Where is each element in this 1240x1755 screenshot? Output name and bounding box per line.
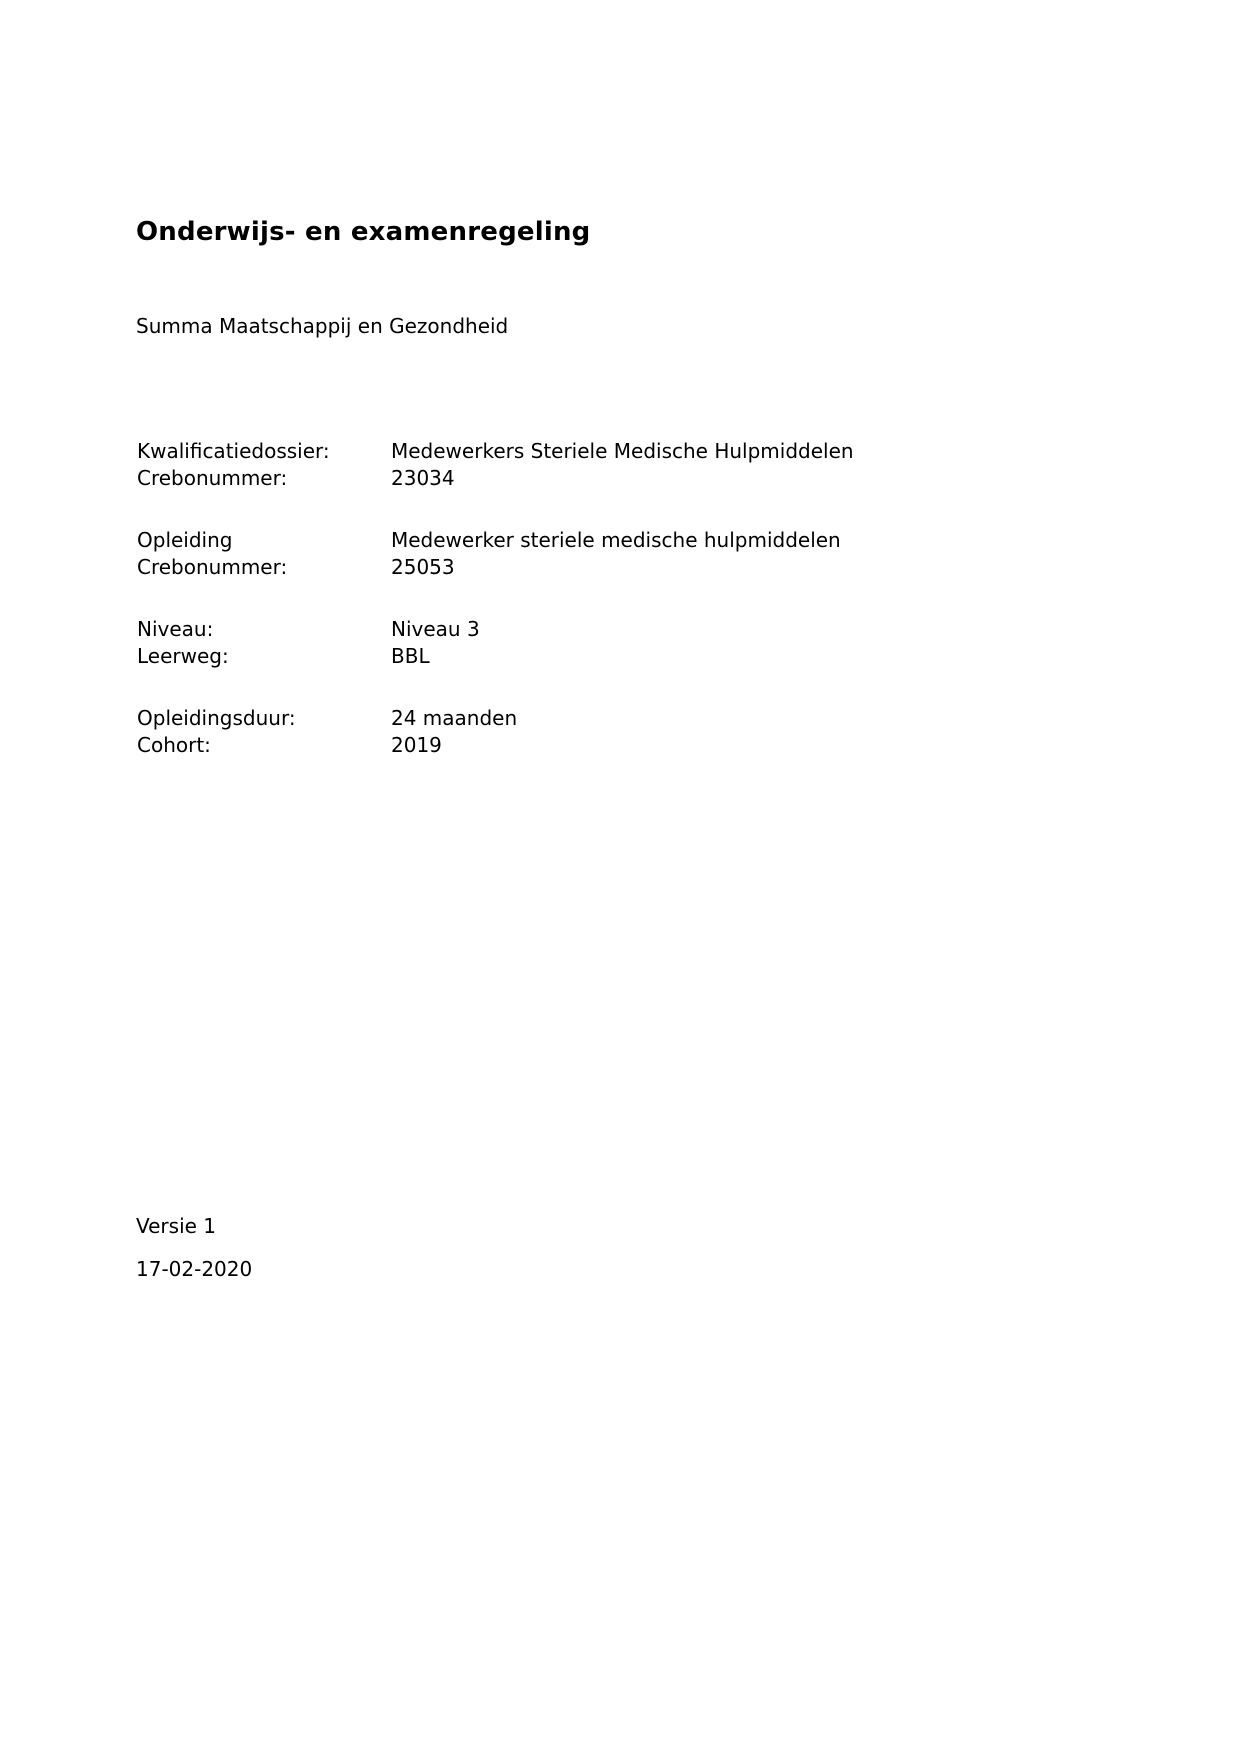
info-row-kwalificatiedossier: Kwalificatiedossier: Medewerkers Steriel… <box>137 438 937 465</box>
document-title: Onderwijs- en examenregeling <box>136 217 590 247</box>
info-row-crebonummer-dossier: Crebonummer: 23034 <box>137 465 937 492</box>
info-label: Opleidingsduur: <box>137 705 391 732</box>
info-value: 2019 <box>391 732 937 759</box>
education-program-group: Opleiding Medewerker steriele medische h… <box>137 527 937 581</box>
info-label: Crebonummer: <box>137 465 391 492</box>
info-row-opleiding: Opleiding Medewerker steriele medische h… <box>137 527 937 554</box>
info-label: Niveau: <box>137 616 391 643</box>
info-label: Opleiding <box>137 527 391 554</box>
info-value: 23034 <box>391 465 937 492</box>
info-value: 25053 <box>391 554 937 581</box>
info-value: Medewerker steriele medische hulpmiddele… <box>391 527 937 554</box>
info-value: 24 maanden <box>391 705 937 732</box>
info-label: Crebonummer: <box>137 554 391 581</box>
duration-cohort-group: Opleidingsduur: 24 maanden Cohort: 2019 <box>137 705 937 759</box>
document-version: Versie 1 <box>136 1214 216 1238</box>
level-learning-path-group: Niveau: Niveau 3 Leerweg: BBL <box>137 616 937 670</box>
info-value: BBL <box>391 643 937 670</box>
info-row-niveau: Niveau: Niveau 3 <box>137 616 937 643</box>
organization-name: Summa Maatschappij en Gezondheid <box>136 314 508 338</box>
info-row-opleidingsduur: Opleidingsduur: 24 maanden <box>137 705 937 732</box>
info-value: Medewerkers Steriele Medische Hulpmiddel… <box>391 438 937 465</box>
info-row-crebonummer-opleiding: Crebonummer: 25053 <box>137 554 937 581</box>
info-label: Kwalificatiedossier: <box>137 438 391 465</box>
info-row-leerweg: Leerweg: BBL <box>137 643 937 670</box>
info-label: Leerweg: <box>137 643 391 670</box>
document-date: 17-02-2020 <box>136 1257 252 1281</box>
info-label: Cohort: <box>137 732 391 759</box>
info-row-cohort: Cohort: 2019 <box>137 732 937 759</box>
qualification-dossier-group: Kwalificatiedossier: Medewerkers Steriel… <box>137 438 937 492</box>
info-value: Niveau 3 <box>391 616 937 643</box>
